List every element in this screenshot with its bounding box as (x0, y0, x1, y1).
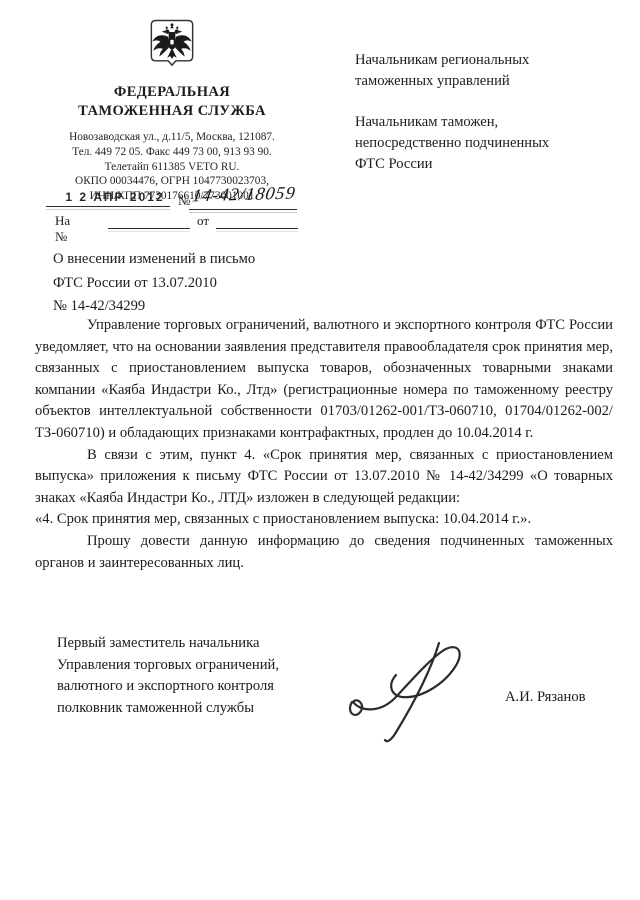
outgoing-number-handwritten: 14-42/18059 (189, 183, 299, 207)
body-paragraph-quote: «4. Срок принятия мер, связанных с приос… (35, 509, 613, 531)
number-underline (189, 209, 297, 210)
date-underline (46, 206, 170, 207)
reply-from-label: от (197, 213, 209, 229)
double-headed-eagle-icon (148, 18, 196, 72)
handwritten-signature-icon (338, 626, 476, 748)
letter-body: Управление торговых ограничений, валютно… (35, 315, 613, 574)
addressee-regional-directorates: Начальникам региональных таможенных упра… (355, 50, 610, 92)
body-paragraph: Прошу довести данную информацию до сведе… (35, 531, 613, 574)
letter-subject: О внесении изменений в письмо ФТС России… (53, 248, 303, 319)
reply-date-blank (216, 228, 298, 229)
reply-to-number-label: На № (55, 213, 70, 245)
addressee-customs-heads: Начальникам таможен, непосредственно под… (355, 112, 610, 175)
organization-name: ФЕДЕРАЛЬНАЯ ТАМОЖЕННАЯ СЛУЖБА (48, 83, 296, 120)
date-stamp: 1 2 АПР 2012 (60, 190, 170, 204)
signer-name: А.И. Рязанов (505, 689, 586, 706)
body-paragraph: В связи с этим, пункт 4. «Срок принятия … (35, 445, 613, 510)
letterhead: ФЕДЕРАЛЬНАЯ ТАМОЖЕННАЯ СЛУЖБА Новозаводс… (48, 18, 296, 204)
number-label: № (178, 193, 190, 209)
body-paragraph: Управление торговых ограничений, валютно… (35, 315, 613, 445)
signer-position: Первый заместитель начальника Управления… (57, 633, 357, 719)
scanned-letter-page: ФЕДЕРАЛЬНАЯ ТАМОЖЕННАЯ СЛУЖБА Новозаводс… (0, 0, 640, 900)
reply-number-blank (108, 228, 190, 229)
addressees-block: Начальникам региональных таможенных упра… (355, 50, 610, 195)
